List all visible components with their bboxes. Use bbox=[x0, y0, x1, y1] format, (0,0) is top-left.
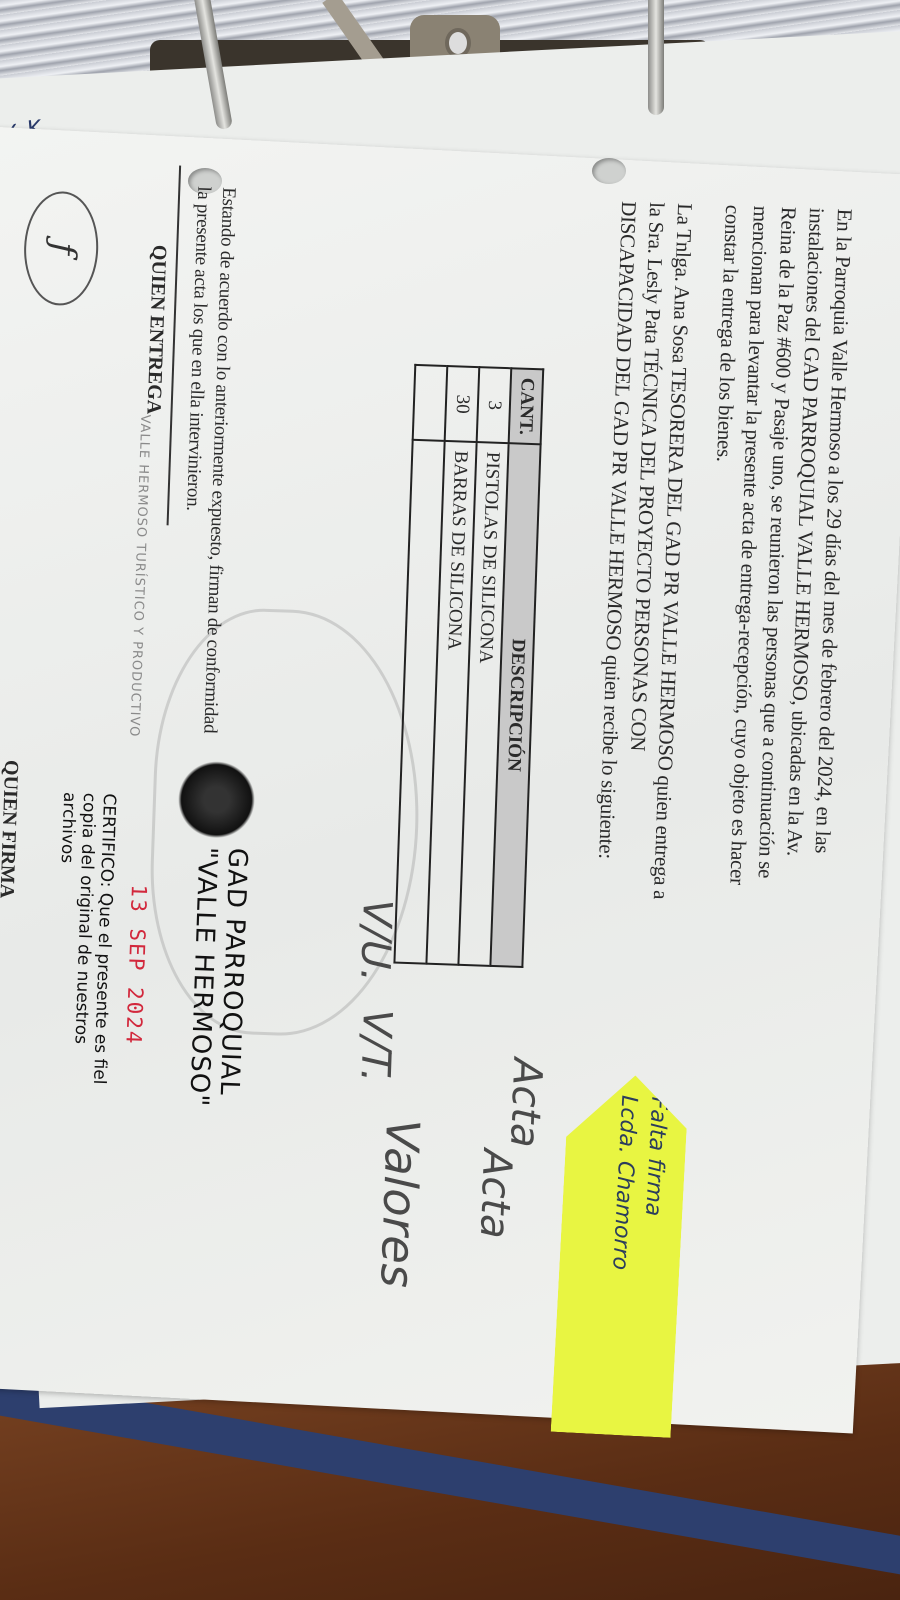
header-qty: CANT. bbox=[509, 368, 544, 444]
handwritten-valores: Valores bbox=[370, 1118, 430, 1289]
handwritten-acta: Acta bbox=[501, 1057, 550, 1148]
punch-hole-right bbox=[592, 158, 626, 184]
items-table: CANT. DESCRIPCIÓN 3 PISTOLAS DE SILICONA… bbox=[393, 364, 544, 968]
row-qty: 3 bbox=[477, 367, 512, 443]
handwritten-vt: V/T. bbox=[351, 1008, 400, 1083]
stamp-date: 13 SEP 2024 bbox=[121, 884, 151, 1046]
intro-paragraph: En la Parroquia Valle Hermoso a los 29 d… bbox=[695, 204, 859, 908]
handwritten-acta-note: Acta bbox=[471, 1148, 520, 1239]
row-qty: 30 bbox=[445, 366, 480, 442]
binder-ring-right bbox=[648, 0, 664, 115]
sticky-note-text: Falta firma Lcda. Chamorro bbox=[598, 1094, 674, 1397]
certification-text: CERTIFICO: Que el presente es fiel copia… bbox=[49, 792, 119, 1094]
quien-firma-label: QUIEN FIRMA bbox=[0, 760, 22, 899]
document-content: En la Parroquia Valle Hermoso a los 29 d… bbox=[0, 179, 880, 1409]
handwritten-vu: V/U. bbox=[351, 898, 400, 982]
parties-paragraph: La Tnlga. Ana Sosa TESORERA DEL GAD PR V… bbox=[591, 201, 699, 904]
stamp-title: GAD PARROQUIAL "VALLE HERMOSO" bbox=[183, 846, 252, 1108]
